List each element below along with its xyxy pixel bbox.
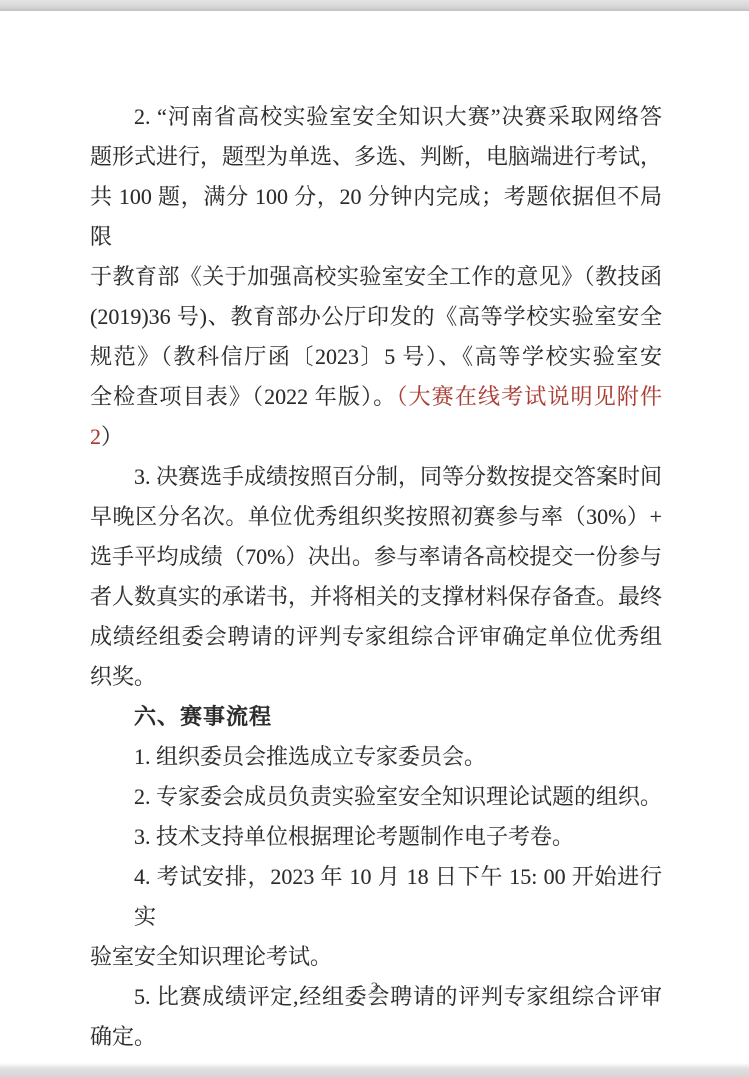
text-line: 早晚区分名次。单位优秀组织奖按照初赛参与率（30%）+ [90, 497, 662, 537]
text-line: 验室安全知识理论考试。 [90, 937, 662, 977]
text-line: 题形式进行，题型为单选、多选、判断，电脑端进行考试， [90, 137, 662, 177]
text-line: 六、赛事流程 [90, 697, 662, 737]
text-run: 1. 组织委员会推选成立专家委员会。 [134, 744, 486, 769]
text-run: 规范》（教科信厅函〔2023〕5 号）、《高等学校实验室安 [90, 344, 662, 369]
text-run: 织奖。 [90, 664, 156, 689]
text-line: 共 100 题，满分 100 分，20 分钟内完成；考题依据但不局限 [90, 177, 662, 257]
text-run: 4. 考试安排，2023 年 10 月 18 日下午 15: 00 开始进行实 [134, 864, 662, 929]
text-run: 成绩经组委会聘请的评判专家组综合评审确定单位优秀组 [90, 624, 662, 649]
text-run: 六、赛事流程 [134, 704, 272, 729]
text-run: (2019)36 号)、教育部办公厅印发的《高等学校实验室安全 [90, 304, 662, 329]
text-run: ） [101, 424, 123, 449]
text-run: 题形式进行，题型为单选、多选、判断，电脑端进行考试， [90, 144, 662, 169]
attachment-note-red-text: 2 [90, 424, 101, 449]
text-run: 验室安全知识理论考试。 [90, 944, 332, 969]
text-line: 确定。 [90, 1017, 662, 1057]
text-line: 选手平均成绩（70%）决出。参与率请各高校提交一份参与 [90, 537, 662, 577]
text-run: 共 100 题，满分 100 分，20 分钟内完成；考题依据但不局限 [90, 184, 662, 249]
text-line: 2. “河南省高校实验室安全知识大赛”决赛采取网络答 [90, 97, 662, 137]
paragraph: 3. 技术支持单位根据理论考题制作电子考卷。 [90, 817, 662, 857]
text-run: 确定。 [90, 1024, 156, 1049]
paragraph: 2. 专家委会成员负责实验室安全知识理论试题的组织。 [90, 777, 662, 817]
text-line: 成绩经组委会聘请的评判专家组综合评审确定单位优秀组 [90, 617, 662, 657]
text-line: 织奖。 [90, 657, 662, 697]
text-run: 3. 技术支持单位根据理论考题制作电子考卷。 [134, 824, 574, 849]
paragraph: 2. “河南省高校实验室安全知识大赛”决赛采取网络答题形式进行，题型为单选、多选… [90, 97, 662, 457]
text-run: 于教育部《关于加强高校实验室安全工作的意见》（教技函 [90, 264, 662, 289]
text-line: 3. 决赛选手成绩按照百分制，同等分数按提交答案时间 [90, 457, 662, 497]
text-run: 2. 专家委会成员负责实验室安全知识理论试题的组织。 [134, 784, 662, 809]
scan-edge-top [0, 0, 749, 11]
text-line: 1. 组织委员会推选成立专家委员会。 [90, 737, 662, 777]
paragraph: 4. 考试安排，2023 年 10 月 18 日下午 15: 00 开始进行实验… [90, 857, 662, 977]
text-line: 全检查项目表》（2022 年版）。（大赛在线考试说明见附件 [90, 377, 662, 417]
text-run: 全检查项目表》（2022 年版）。 [90, 384, 396, 409]
text-line: (2019)36 号)、教育部办公厅印发的《高等学校实验室安全 [90, 297, 662, 337]
section-heading: 六、赛事流程 [90, 697, 662, 737]
paragraph: 1. 组织委员会推选成立专家委员会。 [90, 737, 662, 777]
text-line: 4. 考试安排，2023 年 10 月 18 日下午 15: 00 开始进行实 [90, 857, 662, 937]
text-run: 早晚区分名次。单位优秀组织奖按照初赛参与率（30%）+ [90, 504, 662, 529]
text-run: 3. 决赛选手成绩按照百分制，同等分数按提交答案时间 [134, 464, 662, 489]
scan-edge-bottom [0, 1063, 749, 1077]
text-line: 2） [90, 417, 662, 457]
text-line: 2. 专家委会成员负责实验室安全知识理论试题的组织。 [90, 777, 662, 817]
text-run: 选手平均成绩（70%）决出。参与率请各高校提交一份参与 [90, 544, 662, 569]
attachment-note-red-text: （大赛在线考试说明见附件 [396, 384, 662, 409]
paragraph: 3. 决赛选手成绩按照百分制，同等分数按提交答案时间早晚区分名次。单位优秀组织奖… [90, 457, 662, 697]
text-run: 2. “河南省高校实验室安全知识大赛”决赛采取网络答 [134, 104, 662, 129]
page-number: 3 [0, 979, 749, 997]
text-line: 于教育部《关于加强高校实验室安全工作的意见》（教技函 [90, 257, 662, 297]
text-line: 者人数真实的承诺书，并将相关的支撑材料保存备查。最终 [90, 577, 662, 617]
document-body: 2. “河南省高校实验室安全知识大赛”决赛采取网络答题形式进行，题型为单选、多选… [90, 97, 662, 1057]
text-line: 规范》（教科信厅函〔2023〕5 号）、《高等学校实验室安 [90, 337, 662, 377]
text-run: 者人数真实的承诺书，并将相关的支撑材料保存备查。最终 [90, 584, 662, 609]
text-line: 3. 技术支持单位根据理论考题制作电子考卷。 [90, 817, 662, 857]
